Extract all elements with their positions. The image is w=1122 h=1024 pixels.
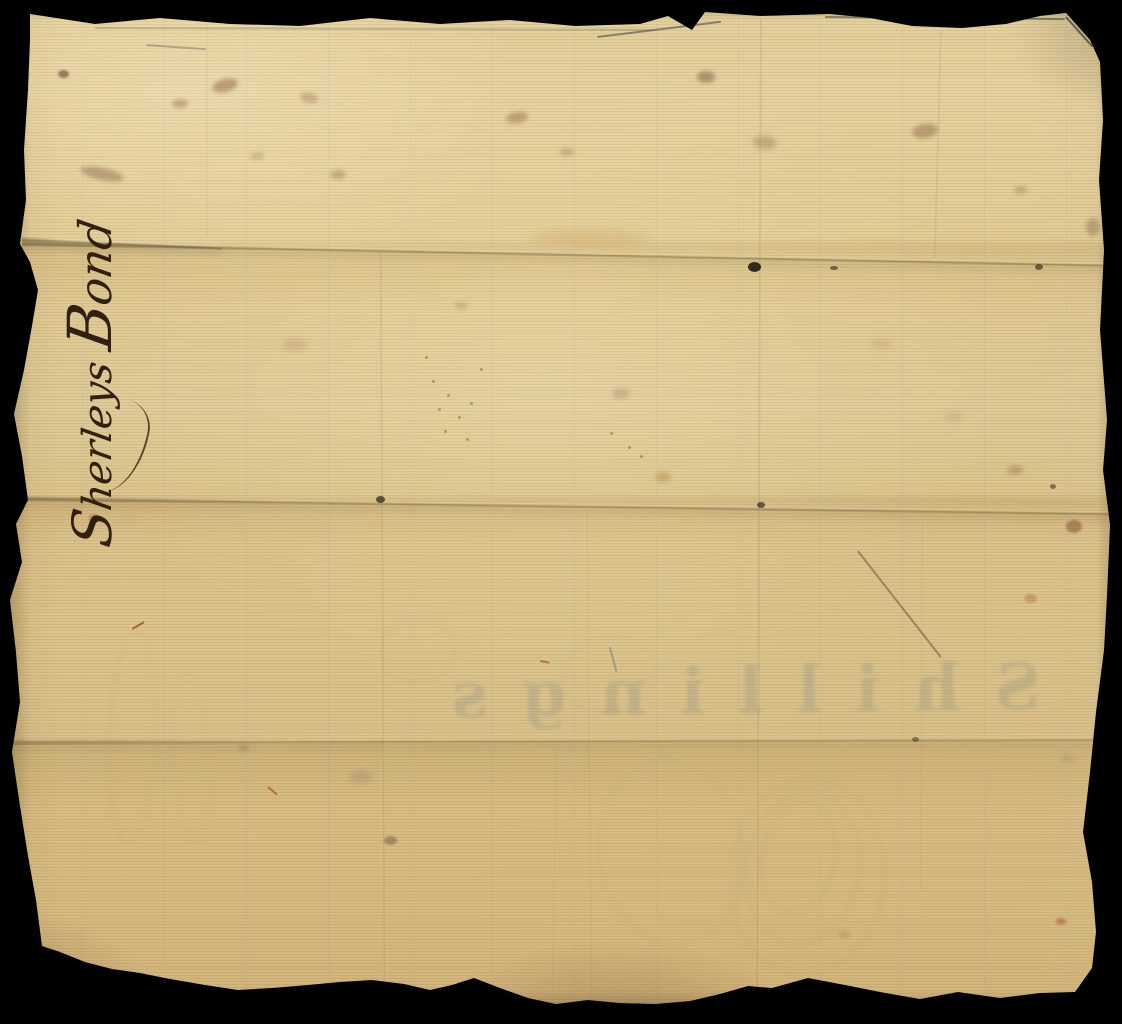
paper-sheet: Shillings Sherleys Bond [0, 0, 1122, 1024]
edge-vignette [0, 0, 1122, 1024]
scan-background: Shillings Sherleys Bond [0, 0, 1122, 1024]
